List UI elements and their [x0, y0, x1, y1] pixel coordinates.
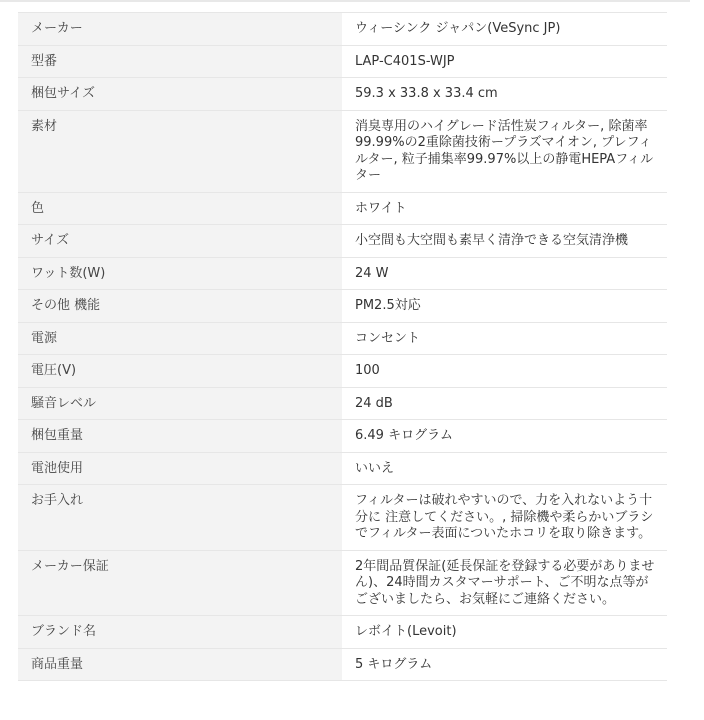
spec-row-other-features: その他 機能 PM2.5対応	[18, 290, 667, 323]
spec-label: 電源	[18, 322, 342, 355]
spec-label: その他 機能	[18, 290, 342, 323]
spec-row-color: 色 ホワイト	[18, 192, 667, 225]
spec-label: ワット数(W)	[18, 257, 342, 290]
spec-value: ウィーシンク ジャパン(VeSync JP)	[342, 13, 667, 46]
product-spec-table: メーカー ウィーシンク ジャパン(VeSync JP) 型番 LAP-C401S…	[18, 12, 667, 681]
spec-row-wattage: ワット数(W) 24 W	[18, 257, 667, 290]
spec-value: コンセント	[342, 322, 667, 355]
spec-label: 騒音レベル	[18, 387, 342, 420]
spec-value: フィルターは破れやすいので、力を入れないよう十分に 注意してください。, 掃除機…	[342, 485, 667, 551]
spec-row-item-weight: 商品重量 5 キログラム	[18, 648, 667, 681]
spec-label: 素材	[18, 110, 342, 192]
spec-value: 2年間品質保証(延長保証を登録する必要がありません)、24時間カスタマーサポート…	[342, 550, 667, 616]
spec-value: 消臭専用のハイグレード活性炭フィルター, 除菌率99.99%の2重除菌技術ープラ…	[342, 110, 667, 192]
spec-row-size: サイズ 小空間も大空間も素早く清浄できる空気清浄機	[18, 225, 667, 258]
spec-label: サイズ	[18, 225, 342, 258]
spec-label: 型番	[18, 45, 342, 78]
spec-row-maker: メーカー ウィーシンク ジャパン(VeSync JP)	[18, 13, 667, 46]
spec-row-model-number: 型番 LAP-C401S-WJP	[18, 45, 667, 78]
spec-value: 24 W	[342, 257, 667, 290]
spec-value: PM2.5対応	[342, 290, 667, 323]
spec-label: 梱包重量	[18, 420, 342, 453]
spec-label: 電池使用	[18, 452, 342, 485]
spec-label: 色	[18, 192, 342, 225]
spec-row-battery-used: 電池使用 いいえ	[18, 452, 667, 485]
spec-row-material: 素材 消臭専用のハイグレード活性炭フィルター, 除菌率99.99%の2重除菌技術…	[18, 110, 667, 192]
spec-row-package-weight: 梱包重量 6.49 キログラム	[18, 420, 667, 453]
spec-row-voltage: 電圧(V) 100	[18, 355, 667, 388]
spec-value: ホワイト	[342, 192, 667, 225]
spec-value: 小空間も大空間も素早く清浄できる空気清浄機	[342, 225, 667, 258]
spec-value: レボイト(Levoit)	[342, 616, 667, 649]
spec-label: 梱包サイズ	[18, 78, 342, 111]
spec-row-noise-level: 騒音レベル 24 dB	[18, 387, 667, 420]
spec-row-care: お手入れ フィルターは破れやすいので、力を入れないよう十分に 注意してください。…	[18, 485, 667, 551]
spec-value: 24 dB	[342, 387, 667, 420]
spec-label: メーカー保証	[18, 550, 342, 616]
spec-label: ブランド名	[18, 616, 342, 649]
top-divider	[0, 0, 690, 2]
spec-label: メーカー	[18, 13, 342, 46]
spec-row-warranty: メーカー保証 2年間品質保証(延長保証を登録する必要がありません)、24時間カス…	[18, 550, 667, 616]
spec-value: 100	[342, 355, 667, 388]
spec-value: 5 キログラム	[342, 648, 667, 681]
spec-value: LAP-C401S-WJP	[342, 45, 667, 78]
spec-value: いいえ	[342, 452, 667, 485]
spec-row-package-size: 梱包サイズ 59.3 x 33.8 x 33.4 cm	[18, 78, 667, 111]
spec-label: 商品重量	[18, 648, 342, 681]
spec-label: 電圧(V)	[18, 355, 342, 388]
spec-value: 6.49 キログラム	[342, 420, 667, 453]
spec-value: 59.3 x 33.8 x 33.4 cm	[342, 78, 667, 111]
spec-label: お手入れ	[18, 485, 342, 551]
spec-row-brand: ブランド名 レボイト(Levoit)	[18, 616, 667, 649]
spec-row-power-source: 電源 コンセント	[18, 322, 667, 355]
